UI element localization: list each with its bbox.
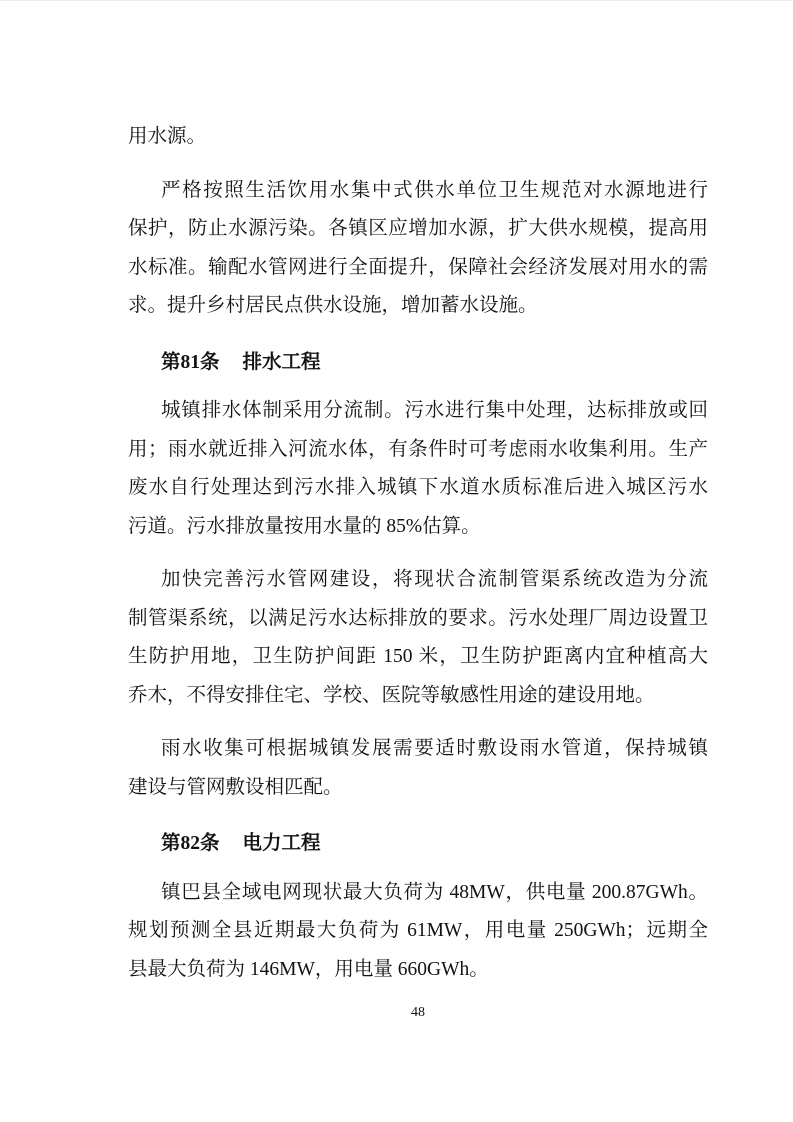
page-content: 用水源。 严格按照生活饮用水集中式供水单位卫生规范对水源地进行 保护，防止水源污… <box>128 118 708 989</box>
text-line: 乔木，不得安排住宅、学校、医院等敏感性用途的建设用地。 <box>128 677 708 716</box>
section-heading-article-81: 第81条排水工程 <box>128 344 708 383</box>
text-line: 废水自行处理达到污水排入城镇下水道水质标准后进入城区污水 <box>128 469 708 508</box>
paragraph-sewage-network: 加快完善污水管网建设，将现状合流制管渠系统改造为分流 制管渠系统，以满足污水达标… <box>128 561 708 715</box>
text-line: 县最大负荷为 146MW，用电量 660GWh。 <box>128 951 708 990</box>
text-line: 雨水收集可根据城镇发展需要适时敷设雨水管道，保持城镇 <box>128 730 708 769</box>
text-line: 保护，防止水源污染。各镇区应增加水源，扩大供水规模，提高用 <box>128 210 708 249</box>
text-line: 镇巴县全域电网现状最大负荷为 48MW，供电量 200.87GWh。 <box>128 874 708 913</box>
paragraph-water-source-protection: 严格按照生活饮用水集中式供水单位卫生规范对水源地进行 保护，防止水源污染。各镇区… <box>128 172 708 326</box>
heading-article-number: 第81条 <box>161 352 220 373</box>
text-line: 制管渠系统，以满足污水达标排放的要求。污水处理厂周边设置卫 <box>128 600 708 639</box>
text-line: 规划预测全县近期最大负荷为 61MW，用电量 250GWh；远期全 <box>128 912 708 951</box>
page-number: 48 <box>411 1005 425 1020</box>
text-line: 水标准。输配水管网进行全面提升，保障社会经济发展对用水的需 <box>128 249 708 288</box>
heading-article-title: 排水工程 <box>243 352 321 373</box>
text-line: 求。提升乡村居民点供水设施，增加蓄水设施。 <box>128 287 708 326</box>
paragraph-continuation: 用水源。 <box>128 118 708 157</box>
text-line: 城镇排水体制采用分流制。污水进行集中处理，达标排放或回 <box>128 392 708 431</box>
text-line: 严格按照生活饮用水集中式供水单位卫生规范对水源地进行 <box>128 172 708 211</box>
document-page: 用水源。 严格按照生活饮用水集中式供水单位卫生规范对水源地进行 保护，防止水源污… <box>0 0 793 1122</box>
text-line: 加快完善污水管网建设，将现状合流制管渠系统改造为分流 <box>128 561 708 600</box>
heading-article-number: 第82条 <box>161 833 220 854</box>
paragraph-rainwater-collection: 雨水收集可根据城镇发展需要适时敷设雨水管道，保持城镇 建设与管网敷设相匹配。 <box>128 730 708 807</box>
text-line: 用水源。 <box>128 118 708 157</box>
heading-article-title: 电力工程 <box>243 833 321 854</box>
text-line: 建设与管网敷设相匹配。 <box>128 769 708 808</box>
section-heading-article-82: 第82条电力工程 <box>128 825 708 864</box>
text-line: 生防护用地，卫生防护间距 150 米，卫生防护距离内宜种植高大 <box>128 638 708 677</box>
text-line: 用；雨水就近排入河流水体，有条件时可考虑雨水收集利用。生产 <box>128 431 708 470</box>
text-line: 污道。污水排放量按用水量的 85%估算。 <box>128 508 708 547</box>
page-footer: 48 <box>128 1003 708 1023</box>
paragraph-power-load: 镇巴县全域电网现状最大负荷为 48MW，供电量 200.87GWh。 规划预测全… <box>128 874 708 990</box>
paragraph-drainage-system: 城镇排水体制采用分流制。污水进行集中处理，达标排放或回 用；雨水就近排入河流水体… <box>128 392 708 546</box>
